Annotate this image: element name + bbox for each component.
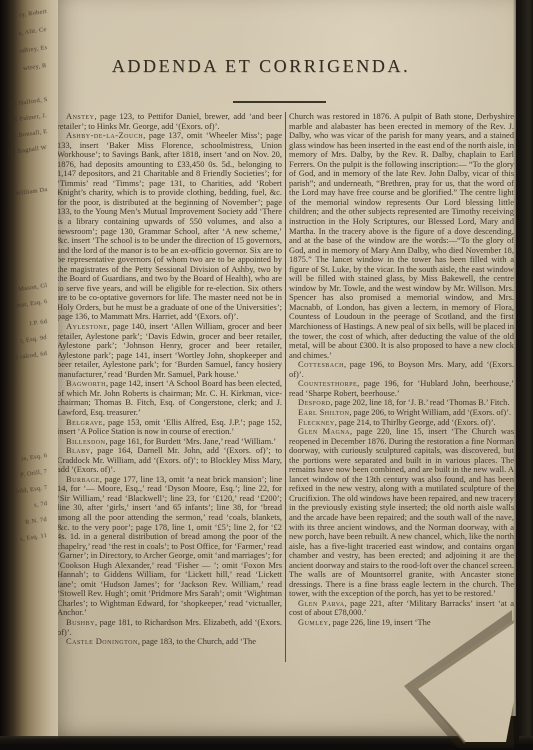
entry-place-name: Bagworth — [66, 378, 106, 388]
gutter-text-fragment: J.P. 6d — [28, 318, 47, 327]
entry-place-name: Gumley — [298, 617, 328, 627]
gutter-text-fragment: mat, Esq. 6 — [15, 298, 47, 309]
entry-place-name: Glen Parva — [298, 598, 345, 608]
gutter-text-fragment: ry, Robert — [19, 8, 48, 19]
entry-place-name: Cottesbach — [298, 359, 344, 369]
gutter-text-fragment: ha Halford, S — [9, 96, 47, 108]
addenda-entry: Ashby-de-la-Zouch, page 137, omit ‘Wheel… — [57, 131, 282, 322]
column-divider — [285, 112, 286, 662]
cover-right-edge — [513, 0, 533, 750]
gutter-text-fragment: fold, Esq. 7 — [14, 484, 47, 495]
gutter-text-fragment: l ralrod, 6d — [16, 350, 48, 361]
addenda-entry: Anstey, page 123, to Pettifor Daniel, br… — [57, 112, 282, 131]
entry-place-name: Aylestone — [66, 321, 107, 331]
entry-place-name: Glen Magna — [298, 426, 350, 436]
gutter-text-fragment: r, Esq. 9d — [20, 334, 47, 345]
addenda-entry: Countesthorpe, page 196, for ‘Hublard Jo… — [289, 379, 514, 398]
addenda-entry: Glen Magna, page 220, line 15, insert ‘T… — [289, 427, 514, 599]
column-right: Church was restored in 1876. A pulpit of… — [289, 112, 514, 672]
gutter-text-fragment: s, Esq. 11 — [20, 532, 48, 543]
gutter-text-fragment: P. Orill, 7 — [20, 468, 48, 479]
entry-place-name: Burbage — [66, 474, 100, 484]
entry-place-name: Desford — [298, 397, 331, 407]
addenda-entry: Burbage, page 177, line 13, omit ‘a neat… — [57, 475, 282, 618]
addenda-entry: Church was restored in 1876. A pulpit of… — [289, 112, 514, 360]
gutter-text-fragment: s, 7d — [33, 500, 47, 509]
entry-place-name: Castle Donington — [66, 636, 138, 646]
addenda-entry: Cottesbach, page 196, to Boyson Mrs. Mar… — [289, 360, 514, 379]
addenda-entry: Blaby, page 164, Darnell Mr. John, add ‘… — [57, 446, 282, 475]
gutter-text-fragment: R.N. 7d — [25, 516, 48, 526]
entry-place-name: Bushby — [66, 617, 95, 627]
addenda-entry: Gumley, page 226, line 19, insert ‘The — [289, 618, 514, 628]
gutter-text-fragment: h Bonsall, E — [12, 128, 47, 140]
entry-place-name: Earl Shilton — [298, 407, 349, 417]
entry-place-name: Fleckney — [298, 417, 335, 427]
gutter-text-fragment: wtrey, R — [23, 62, 47, 72]
gutter-text-fragment: k Palmer, J. — [14, 112, 47, 124]
text-columns: Anstey, page 123, to Pettifor Daniel, br… — [57, 112, 514, 672]
gutter-text-fragment: a, Alit. Ce — [18, 26, 47, 37]
addenda-entry: Belgrave, page 153, omit ‘Ellis Alfred, … — [57, 418, 282, 437]
gutter-text-fragment: nl Bagnall W — [10, 144, 48, 156]
addenda-entry: Bushby, page 181, to Richardson Mrs. Eli… — [57, 618, 282, 637]
gutter-text-fragment: d William Da — [9, 186, 47, 198]
entry-place-name: Ashby-de-la-Zouch — [66, 130, 143, 140]
entry-place-name: Anstey — [66, 112, 94, 121]
gutter-text-fragment: ia, Esq. 6 — [21, 452, 48, 463]
cover-corner — [493, 716, 519, 742]
book-gutter: ry, Roberta, Alit. Ceodfrey, Eswtrey, Rh… — [0, 0, 58, 750]
title-divider — [233, 101, 326, 103]
entry-place-name: Billesdon — [66, 436, 105, 446]
addenda-entry: Bagworth, page 142, insert ‘A School Boa… — [57, 379, 282, 417]
entry-place-name: Blaby — [66, 445, 90, 455]
addenda-entry: Glen Parva, page 221, after ‘Military Ba… — [289, 599, 514, 618]
column-left: Anstey, page 123, to Pettifor Daniel, br… — [57, 112, 282, 672]
entry-place-name: Countesthorpe — [298, 378, 357, 388]
cover-bottom-edge — [0, 736, 533, 750]
gutter-text-fragment: Mason, Gl — [18, 282, 48, 293]
entry-place-name: Belgrave — [66, 417, 103, 427]
addenda-entry: Aylestone, page 140, insert ‘Allen Willi… — [57, 322, 282, 379]
addenda-entry: Castle Donington, page 183, to the Churc… — [57, 637, 282, 647]
gutter-text-fragment: odfrey, Es — [18, 44, 47, 55]
page-title: ADDENDA ET CORRIGENDA. — [58, 56, 498, 77]
